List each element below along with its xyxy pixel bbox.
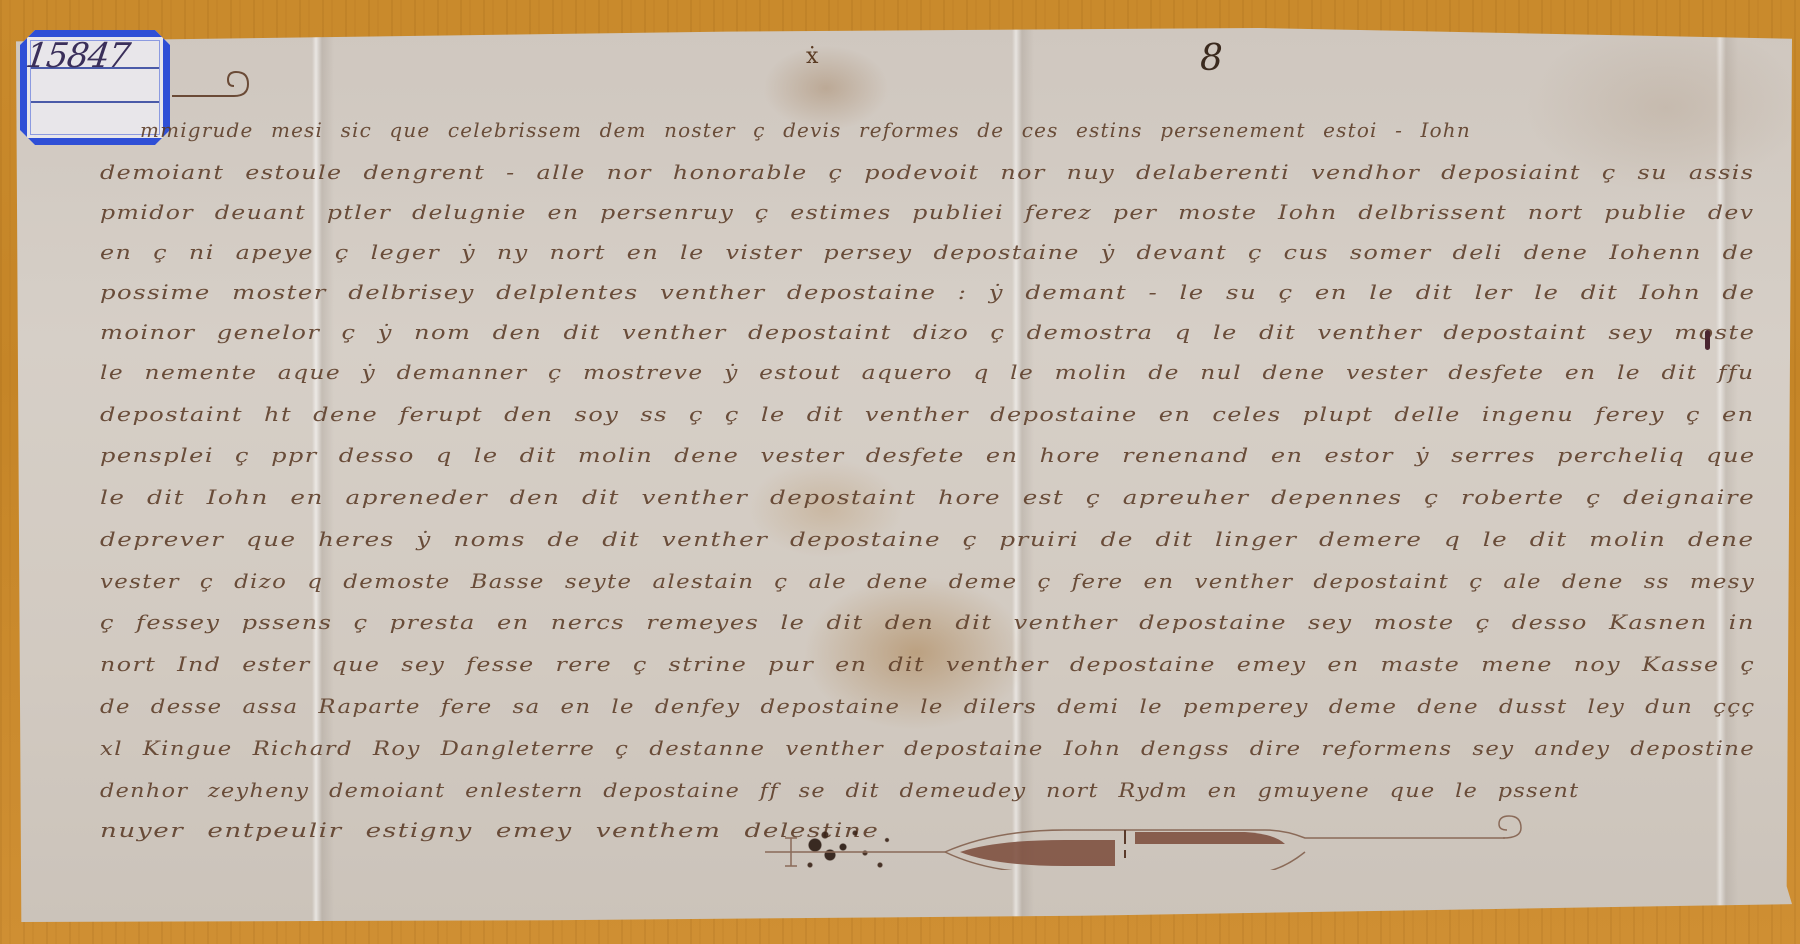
text-line: demoiant estoule dengrent - alle nor hon… <box>100 160 1754 184</box>
text-line: possime moster delbrisey delplentes vent… <box>100 280 1755 304</box>
text-line: denhor zeyheny demoiant enlestern depost… <box>100 778 1579 802</box>
text-line: le nemente aque ẏ demanner ç mostreve ẏ … <box>100 360 1754 384</box>
text-line: depostaint ht dene ferupt den soy ss ç ç… <box>100 402 1755 426</box>
notarial-signature-mark <box>765 810 1535 870</box>
text-line: nuyer entpeulir estigny emey venthem del… <box>100 818 879 842</box>
text-line: vester ç dizo q demoste Basse seyte ales… <box>100 569 1755 593</box>
text-line: xl Kingue Richard Roy Dangleterre ç dest… <box>100 736 1755 760</box>
flourish-icon <box>172 66 252 100</box>
text-line: pensplei ç ppr desso q le dit molin dene… <box>100 443 1756 467</box>
text-line: moinor genelor ç ẏ nom den dit venther d… <box>100 320 1755 344</box>
text-line: le dit Iohn en apreneder den dit venther… <box>100 485 1755 509</box>
text-line: de desse assa Raparte fere sa en le denf… <box>100 694 1755 718</box>
text-line: mmigrude mesi sic que celebrissem dem no… <box>140 118 1755 142</box>
label-rule <box>31 101 159 103</box>
text-line: nort Ind ester que sey fesse rere ç stri… <box>100 652 1755 676</box>
text-line: pmidor deuant ptler delugnie en persenru… <box>100 200 1754 224</box>
page-number: 8 <box>1200 38 1223 79</box>
text-line: en ç ni apeye ç leger ẏ ny nort en le vi… <box>100 240 1755 264</box>
text-line: deprever que heres ẏ noms de dit venther… <box>100 527 1755 551</box>
ink-mark <box>1705 330 1710 350</box>
archive-number: 15847 <box>23 36 132 76</box>
top-mark: ẋ <box>806 44 818 69</box>
text-line: ç fessey pssens ç presta en nercs remeye… <box>100 610 1755 634</box>
